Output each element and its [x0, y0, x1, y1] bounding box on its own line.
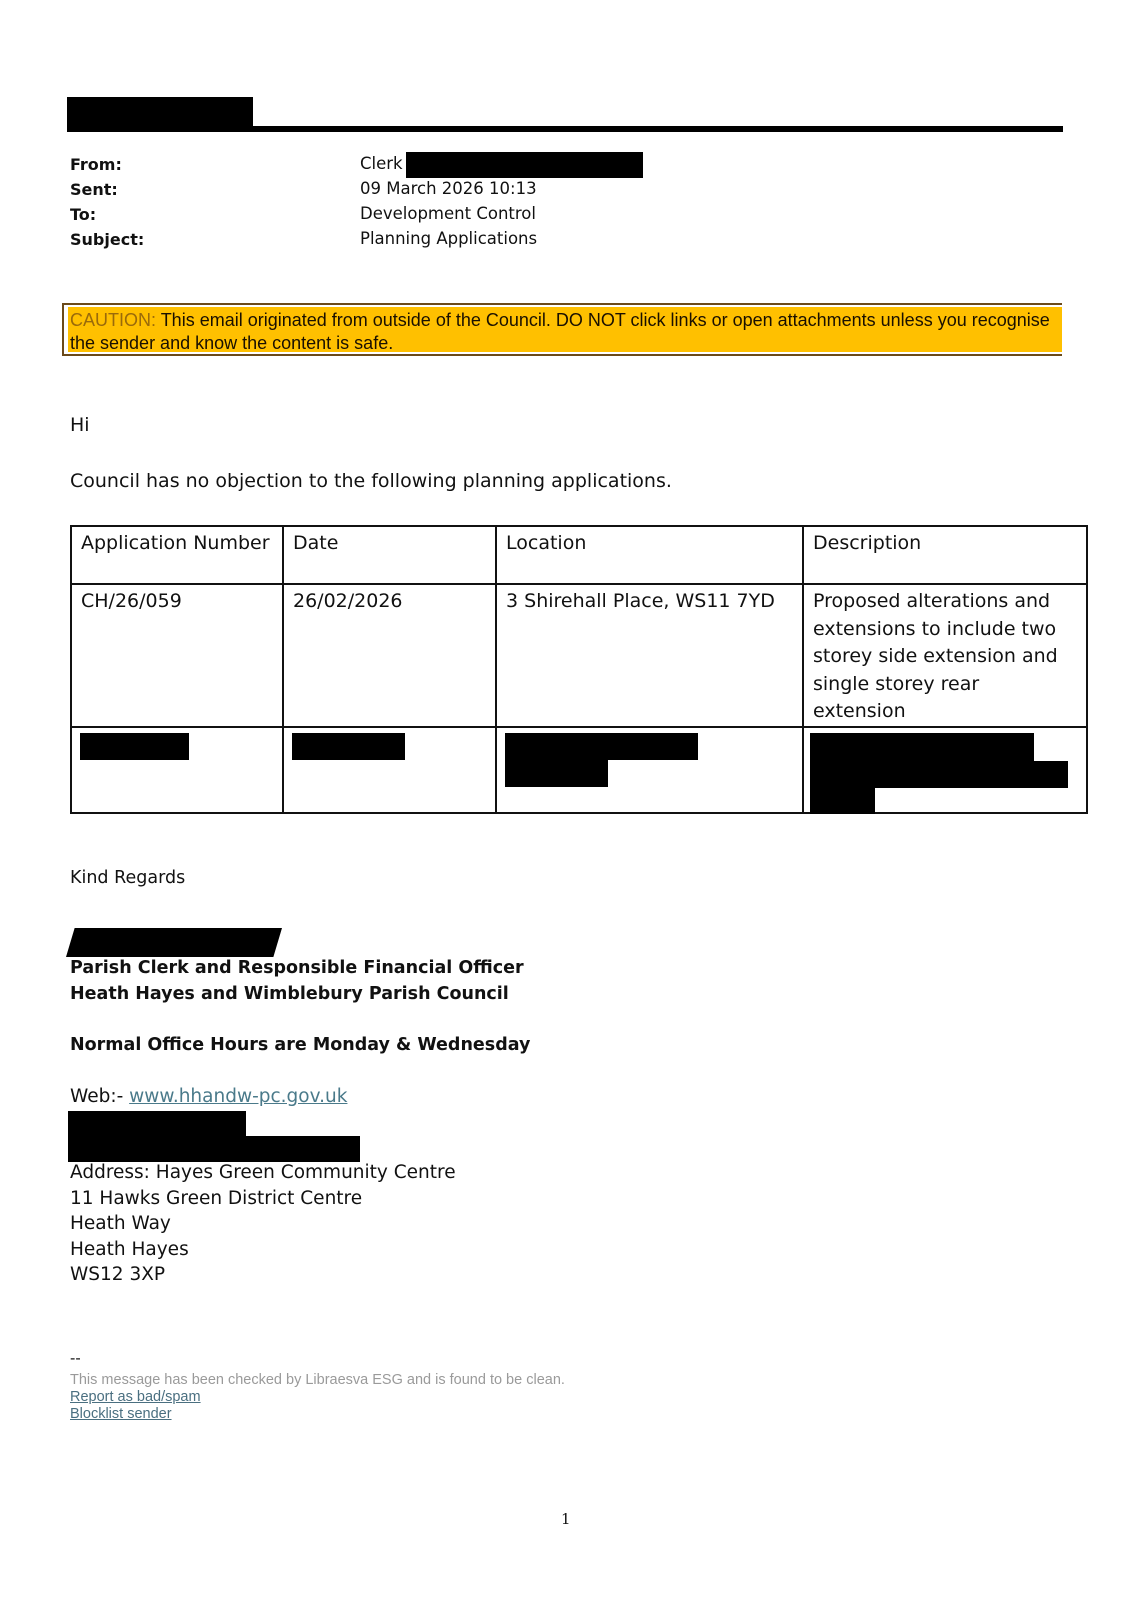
header-application-number: Application Number [71, 526, 283, 584]
from-email-redaction [406, 152, 643, 178]
address-line: Heath Hayes [70, 1239, 189, 1260]
report-spam-link[interactable]: Report as bad/spam [70, 1389, 201, 1405]
redaction-block [810, 761, 1068, 788]
blocklist-sender-link[interactable]: Blocklist sender [70, 1406, 172, 1422]
subject-label: Subject: [70, 230, 144, 249]
sent-label: Sent: [70, 180, 118, 199]
address-line: WS12 3XP [70, 1264, 165, 1285]
cell-date-redacted [283, 727, 496, 813]
closing: Kind Regards [70, 868, 185, 888]
office-hours: Normal Office Hours are Monday & Wednesd… [70, 1035, 530, 1055]
subject-value: Planning Applications [360, 229, 537, 248]
contact-redaction [68, 1111, 246, 1137]
intro-text: Council has no objection to the followin… [70, 470, 672, 492]
website-link[interactable]: www.hhandw-pc.gov.uk [129, 1086, 347, 1107]
signatory-title: Parish Clerk and Responsible Financial O… [70, 958, 524, 978]
cell-location: 3 Shirehall Place, WS11 7YD [496, 584, 803, 727]
redaction-block [505, 733, 698, 760]
table-row: CH/26/059 26/02/2026 3 Shirehall Place, … [71, 584, 1087, 727]
to-label: To: [70, 205, 96, 224]
signatory-name-redaction [66, 928, 282, 957]
header-rule [67, 126, 1063, 132]
scan-note: This message has been checked by Libraes… [70, 1372, 565, 1388]
address-line: Address: Hayes Green Community Centre [70, 1162, 456, 1183]
caution-text: CAUTION: This email originated from outs… [70, 309, 1052, 355]
sent-value: 09 March 2026 10:13 [360, 179, 537, 198]
redaction-block [810, 788, 875, 814]
cell-description: Proposed alterations and extensions to i… [803, 584, 1087, 727]
redaction-block [505, 760, 608, 787]
caution-banner: CAUTION: This email originated from outs… [62, 303, 1062, 356]
cell-location-redacted [496, 727, 803, 813]
contact-redaction [68, 1136, 360, 1162]
to-value: Development Control [360, 204, 536, 223]
cell-description-redacted [803, 727, 1087, 813]
cell-application-number-redacted [71, 727, 283, 813]
redaction-block [810, 733, 1034, 761]
redaction-block [80, 733, 189, 760]
from-value: Clerk [360, 154, 403, 173]
header-description: Description [803, 526, 1087, 584]
web-label: Web:- [70, 1086, 129, 1107]
organisation-name: Heath Hayes and Wimblebury Parish Counci… [70, 984, 509, 1004]
page-number: 1 [561, 1510, 571, 1528]
signature-separator: -- [70, 1350, 81, 1368]
cell-date: 26/02/2026 [283, 584, 496, 727]
greeting: Hi [70, 414, 90, 436]
applications-table: Application Number Date Location Descrip… [70, 525, 1088, 814]
table-header-row: Application Number Date Location Descrip… [71, 526, 1087, 584]
from-label: From: [70, 155, 122, 174]
web-line: Web:- www.hhandw-pc.gov.uk [70, 1086, 347, 1107]
address-line: Heath Way [70, 1213, 171, 1234]
header-location: Location [496, 526, 803, 584]
table-row-redacted [71, 727, 1087, 813]
caution-prefix: CAUTION: [70, 310, 156, 330]
sender-name-redaction [67, 97, 253, 128]
header-date: Date [283, 526, 496, 584]
redaction-block [292, 733, 405, 760]
address-line: 11 Hawks Green District Centre [70, 1188, 362, 1209]
cell-application-number: CH/26/059 [71, 584, 283, 727]
caution-message: This email originated from outside of th… [70, 310, 1050, 353]
